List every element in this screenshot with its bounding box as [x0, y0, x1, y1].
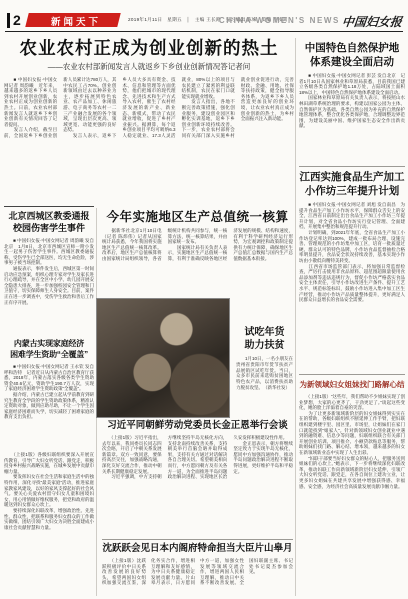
article-gdp: 今年实施地区生产总值统一核算 据新华社北京1月10日电（记者 陈炜伟）记者从国家…: [102, 210, 293, 294]
article-xi-kim: 习近平同朝鲜劳动党委员长金正恩举行会谈 （上接1版）习近平指出，去年以来，我同委…: [102, 420, 293, 533]
brand-english: CHINA WOMEN'S NEWS: [219, 16, 340, 25]
article-continued-left: （上接1版）各级妇联组织要深入开展宣传教育，引导广大妇女听党话、跟党走，积极投身…: [4, 452, 94, 596]
beijing-body-text: ■ 中国妇女报·中国女网记者 周韵曦 发自北京 1月8日，北京市西城区宣师一附小…: [4, 238, 94, 336]
article-nature: 中国特色自然保护地 体系建设全面启动 ■ 中国妇女报·中国女网记者 彭芸 发自北…: [299, 42, 405, 160]
article-neimenggu: 内蒙古实现家庭经济 困难学生资助“全覆盖” ■ 中国妇女报·中国女网记者 王永钦…: [4, 338, 94, 446]
article-jiangxi: 江西实施食品生产加工 小作坊三年提升计划 ■ 中国妇女报·中国女网记者 刘旭 发…: [299, 171, 405, 368]
page-header: 2 新闻天下 2019年1月11日 星期五 │ 主编 王长路 见习编辑 陈姝 美…: [0, 12, 408, 31]
news-photo: [96, 298, 230, 418]
continued-left-body-text: （上接1版）各级妇联组织要深入开展宣传教育，引导广大妇女听党话、跟党走，积极投身…: [4, 452, 94, 596]
nature-headline: 中国特色自然保护地 体系建设全面启动: [299, 42, 405, 69]
header-rule: [5, 31, 403, 32]
xi-kim-headline: 习近平同朝鲜劳动党委员长金正恩举行会谈: [102, 420, 293, 432]
divider-right-2: [299, 374, 405, 375]
nature-body-text: ■ 中国妇女报·中国女网记者 彭芸 发自北京 记者1月10日从国家林业和草原局获…: [299, 73, 405, 160]
jiangxi-headline: 江西实施食品生产加工 小作坊三年提升计划: [299, 171, 405, 198]
shen-body-text: （上接1版）沈跃跃积极评价中日关系改善发展的良好势头，希望两国妇女组织加强交流互…: [102, 558, 293, 596]
brand-logo: 中国妇女报: [341, 13, 403, 30]
article-main: 农业农村正成为创业创新的热土 ——农业农村部新闻发言人就返乡下乡创业创新情况答记…: [4, 38, 294, 197]
neimenggu-body-text: ■ 中国妇女报·中国女网记者 王永钦 发自呼和浩特 记者近日从内蒙古自治区教育厅…: [4, 364, 94, 446]
article-funv: 为新领域妇女姐妹找门路解心结 （上接1版）“这些年，我们帮助不少姐妹实现了创业梦…: [299, 380, 405, 594]
newspaper-page: 2 新闻天下 2019年1月11日 星期五 │ 主编 王长路 见习编辑 陈姝 美…: [0, 0, 408, 599]
photo-caption-text: 1月10日，一名小朋友在贵州省贵阳市年货节扶贫产品展销区试吃年货。当日，众多市民…: [236, 356, 293, 418]
photo-caption-block: 试吃年货 助力扶贫 1月10日，一名小朋友在贵州省贵阳市年货节扶贫产品展销区试吃…: [236, 326, 293, 418]
divider-right-1: [299, 166, 405, 167]
column-divider-right: [295, 38, 296, 596]
gdp-body-text: 据新华社北京1月10日电（记者 陈炜伟）记者从国家统计局获悉，今年我国将实施地区…: [102, 228, 293, 294]
funv-headline: 为新领域妇女姐妹找门路解心结: [299, 380, 405, 390]
divider-above-shen: [102, 539, 293, 540]
shen-headline: 沈跃跃会见日本内阁府特命担当大臣片山皋月: [102, 543, 293, 555]
funv-body-text: （上接1版）“这些年，我们帮助不少姐妹实现了创业梦想，大家的心更齐了，干劲更足了…: [299, 394, 405, 594]
jiangxi-body-text: ■ 中国妇女报·中国女网记者 刘旭 发自南昌 为提升食品生产加工小作坊水平，保障…: [299, 202, 405, 368]
neimenggu-headline: 内蒙古实现家庭经济 困难学生资助“全覆盖”: [4, 338, 94, 360]
photo-caption-title: 试吃年货 助力扶贫: [236, 326, 293, 352]
main-subtitle: ——农业农村部新闻发言人就返乡下乡创业创新情况答记者问: [4, 62, 294, 71]
article-beijing: 北京西城区教委通报 校园伤害学生事件 ■ 中国妇女报·中国女网记者 周韵曦 发自…: [4, 206, 94, 336]
xi-kim-body-text: （上接1版）习近平指出，去年以来，我同委员长同志四次会晤，开启了中朝关系发展新篇…: [102, 435, 293, 533]
section-banner-label: 新闻天下: [30, 14, 122, 28]
main-body-text: ■ 中国妇女报·中国女网记者 周韵曦 近年来，越来越多的返乡下乡人员到农村开展创…: [4, 77, 294, 197]
page-number-bar: [7, 13, 10, 28]
article-shen: 沈跃跃会见日本内阁府特命担当大臣片山皋月 （上接1版）沈跃跃积极评价中日关系改善…: [102, 543, 293, 596]
beijing-headline: 北京西城区教委通报 校园伤害学生事件: [4, 211, 94, 234]
gdp-headline: 今年实施地区生产总值统一核算: [102, 210, 293, 224]
page-number: 2: [13, 12, 21, 28]
main-headline: 农业农村正成为创业创新的热土: [4, 38, 294, 59]
